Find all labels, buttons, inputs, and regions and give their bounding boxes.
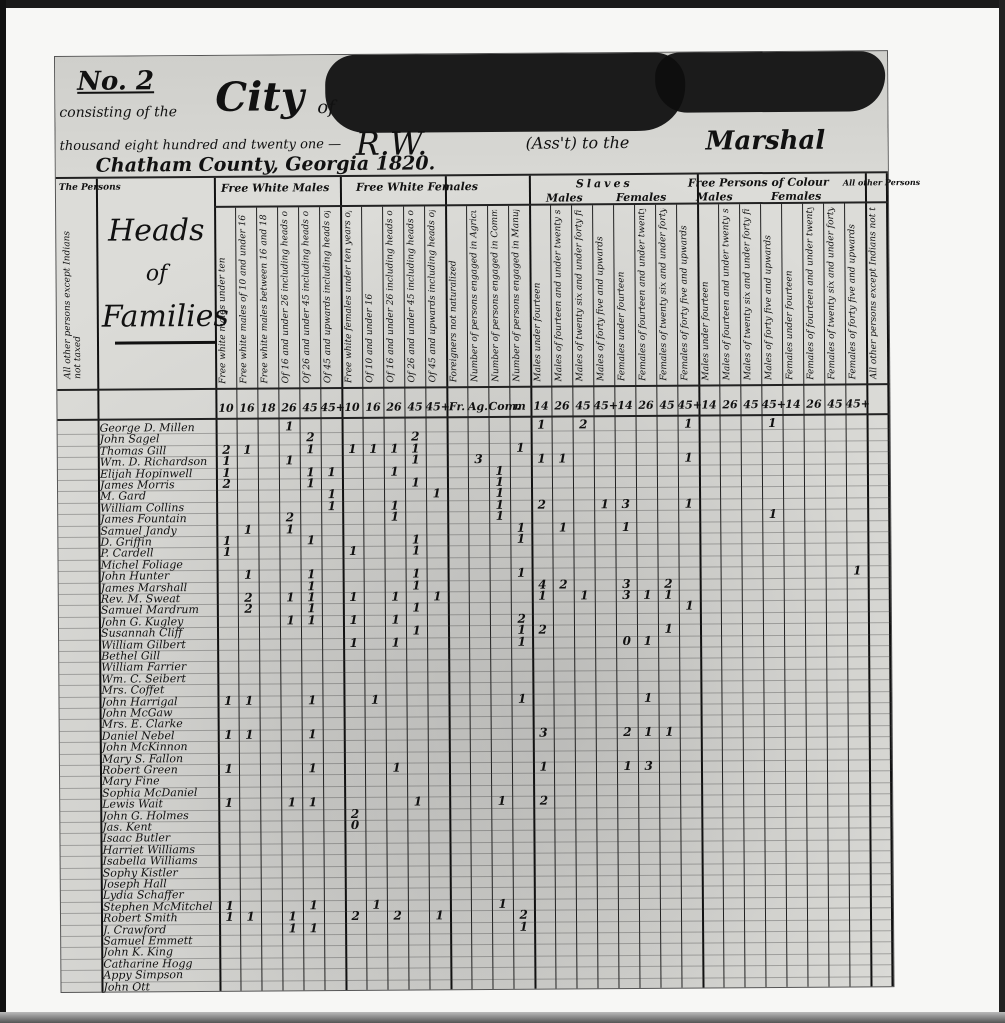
tally-mark: 2 [540, 794, 548, 808]
tally-mark: 1 [559, 520, 567, 534]
head-of-family-name: John Ott [103, 980, 150, 993]
assistant-text: (Ass't) to the [526, 133, 630, 153]
tally-mark: 1 [517, 566, 525, 580]
tally-mark: 1 [309, 898, 317, 912]
tally-mark: 1 [684, 417, 692, 431]
tally-mark: 1 [518, 691, 526, 705]
families-word: Families [102, 294, 212, 341]
row-rule [60, 828, 892, 835]
tally-mark: 1 [306, 442, 314, 456]
row-rule [59, 622, 891, 629]
group-free-white-females: Free White Females [356, 180, 478, 194]
age-label: 45+ [761, 398, 782, 411]
row-rule [61, 919, 893, 926]
row-rule [61, 976, 893, 983]
marshal-text: Marshal [706, 126, 826, 157]
age-label: m [509, 400, 530, 413]
age-label: 26 [383, 401, 404, 414]
row-rule [60, 771, 892, 778]
tally-mark: 2 [393, 909, 401, 923]
tally-mark: 2 [222, 477, 230, 491]
column-description: Males under fourteen [700, 208, 718, 380]
group-free-white-males: Free White Males [221, 181, 329, 195]
tally-mark: 1 [685, 599, 693, 613]
tally-mark: 1 [601, 497, 609, 511]
tally-mark: 1 [622, 520, 630, 534]
age-label: 26 [551, 399, 572, 412]
tally-mark: 1 [412, 624, 420, 638]
age-label: 14 [614, 399, 635, 412]
column-description: Of 10 and under 16 [364, 211, 382, 383]
tally-mark: 1 [224, 762, 232, 776]
age-label: 14 [530, 400, 551, 413]
row-rule [60, 725, 892, 732]
age-label: 45 [740, 398, 761, 411]
tally-mark: 1 [643, 588, 651, 602]
tally-mark: 1 [433, 487, 441, 501]
tally-mark: 1 [349, 613, 357, 627]
city-label: City [215, 73, 304, 121]
column-description: Males under fourteen [532, 210, 550, 382]
tally-mark: 1 [245, 693, 253, 707]
tally-mark: 3 [474, 452, 482, 466]
tally-mark: 1 [327, 465, 335, 479]
age-label: 10 [341, 401, 362, 414]
column-description: Females of fourteen and under twenty six [805, 208, 823, 380]
tally-mark: 1 [664, 622, 672, 636]
tally-mark: 1 [371, 692, 379, 706]
tally-mark: 1 [414, 795, 422, 809]
tally-mark: 1 [411, 453, 419, 467]
scan-border-left [0, 0, 6, 1023]
tally-mark: 1 [537, 452, 545, 466]
tally-mark: 1 [517, 532, 525, 546]
tally-mark: 1 [328, 499, 336, 513]
tally-mark: 1 [308, 727, 316, 741]
age-row-rule [58, 413, 890, 421]
heads-of-families-title: Heads of Families [101, 208, 212, 341]
tally-mark: 1 [246, 910, 254, 924]
decorative-rule [115, 341, 215, 345]
tally-mark: 1 [518, 634, 526, 648]
tally-mark: 2 [623, 725, 631, 739]
tally-mark: 1 [307, 613, 315, 627]
tally-mark: 1 [369, 442, 377, 456]
margin-header: The Persons [59, 183, 121, 193]
column-description: Of 45 and upwards including heads of fam… [322, 211, 340, 383]
column-description: Males of twenty six and under forty five [742, 208, 760, 380]
tally-mark: 1 [685, 496, 693, 510]
column-description: Males of forty five and upwards [595, 209, 613, 381]
tally-mark: 2 [579, 417, 587, 431]
tally-mark: 1 [286, 613, 294, 627]
tally-mark: 1 [309, 795, 317, 809]
tally-mark: 1 [288, 796, 296, 810]
row-rule [60, 702, 892, 709]
age-label: 45 [572, 399, 593, 412]
tally-mark: 1 [496, 509, 504, 523]
tally-mark: 1 [392, 761, 400, 775]
heads-word: Heads [101, 208, 211, 255]
tally-mark: 1 [223, 545, 231, 559]
column-description: All other persons except Indians not tax… [868, 207, 886, 379]
row-rule [58, 440, 890, 447]
tally-mark: 1 [306, 476, 314, 490]
tally-mark: 1 [390, 441, 398, 455]
tally-mark: 1 [350, 635, 358, 649]
tally-mark: 1 [644, 690, 652, 704]
age-label: 14 [782, 398, 803, 411]
column-description: Males of twenty six and under forty five [574, 209, 592, 381]
age-label: 26 [803, 398, 824, 411]
consisting-text: consisting of the [59, 104, 177, 121]
age-label: 14 [698, 398, 719, 411]
tally-mark: 3 [539, 725, 547, 739]
tally-mark: 2 [559, 577, 567, 591]
tally-mark: 1 [412, 601, 420, 615]
tally-mark: 2 [538, 497, 546, 511]
row-rule [58, 543, 890, 550]
tally-mark: 3 [622, 588, 630, 602]
tally-mark: 1 [664, 588, 672, 602]
tally-mark: 1 [391, 612, 399, 626]
column-divider [886, 173, 894, 986]
of-label: of [317, 97, 335, 118]
tally-mark: 2 [351, 909, 359, 923]
tally-mark: 1 [285, 419, 293, 433]
tally-mark: 1 [285, 454, 293, 468]
tally-mark: 1 [558, 452, 566, 466]
tally-mark: 1 [539, 760, 547, 774]
column-description: Of 45 and upwards including heads of fam… [427, 210, 445, 382]
column-description: Free white males of 10 and under 16 [238, 212, 256, 384]
column-description: Females of forty five and upwards [847, 207, 865, 379]
row-rule [59, 691, 891, 698]
tally-mark: 1 [225, 910, 233, 924]
age-label: Com. [488, 400, 509, 413]
tally-mark: 1 [520, 919, 528, 933]
column-description: Of 16 and under 26 including heads of fa… [385, 211, 403, 383]
column-description: Foreigners not naturalized [448, 210, 466, 382]
column-description: Of 16 and under 26 including heads of fa… [280, 211, 298, 383]
title-band: No. 2 consisting of the City of thousand… [55, 51, 888, 179]
census-page: No. 2 consisting of the City of thousand… [55, 51, 894, 992]
tally-mark: 1 [349, 590, 357, 604]
column-description: Females of twenty six and under forty fi… [658, 209, 676, 381]
of-word: of [101, 254, 211, 295]
tally-mark: 1 [310, 921, 318, 935]
tally-mark: 1 [286, 522, 294, 536]
tally-mark: 1 [245, 727, 253, 741]
tally-mark: 0 [623, 634, 631, 648]
age-label: Fr. [446, 400, 467, 413]
column-description: Females under fourteen [616, 209, 634, 381]
age-label: 45+ [677, 399, 698, 412]
age-label: 26 [278, 401, 299, 414]
tally-mark: 1 [433, 589, 441, 603]
tally-mark: 1 [516, 441, 524, 455]
age-label: 45 [824, 397, 845, 410]
age-label: 45 [299, 401, 320, 414]
sheet-number: No. 2 [77, 66, 154, 97]
tally-mark: 1 [644, 633, 652, 647]
group-slaves: Slaves [576, 177, 633, 190]
tally-mark: 1 [390, 464, 398, 478]
column-description: Free white males between 16 and 18 [259, 211, 277, 383]
age-label: 18 [257, 401, 278, 414]
tally-mark: 1 [684, 451, 692, 465]
column-description: Females of fourteen and under twenty six [637, 209, 655, 381]
tally-mark: 1 [623, 759, 631, 773]
tally-mark: 1 [412, 578, 420, 592]
tally-mark: 1 [537, 418, 545, 432]
column-description: Males of forty five and upwards [763, 208, 781, 380]
row-rule [60, 759, 892, 766]
age-label: 45+ [320, 401, 341, 414]
tally-mark: 1 [225, 796, 233, 810]
column-description: Of 26 and under 45 including heads of fa… [301, 211, 319, 383]
row-rule [59, 554, 891, 561]
tally-mark: 1 [224, 728, 232, 742]
age-label: 10 [215, 402, 236, 415]
column-description: Males of fourteen and under twenty six [721, 208, 739, 380]
tally-mark: 1 [538, 589, 546, 603]
group-other-persons: All other Persons [843, 177, 920, 188]
tally-mark: 1 [853, 564, 861, 578]
age-label: 45 [656, 399, 677, 412]
column-description: Females under fourteen [784, 208, 802, 380]
tally-mark: 1 [308, 693, 316, 707]
age-label: 16 [362, 401, 383, 414]
tally-mark: 1 [307, 533, 315, 547]
header-rule [57, 383, 889, 391]
tally-mark: 1 [289, 921, 297, 935]
column-description: Free white females under ten years of ag… [343, 211, 361, 383]
age-label: 45+ [593, 399, 614, 412]
tally-mark: 1 [435, 908, 443, 922]
county-line: Chatham County, Georgia 1820. [96, 152, 436, 176]
column-description: Females of forty five and upwards [679, 209, 697, 381]
column-description: Males of fourteen and under twenty six [553, 209, 571, 381]
tally-mark: 1 [498, 794, 506, 808]
column-description: Number of persons engaged in Commerce [490, 210, 508, 382]
scan-border-bottom [0, 1012, 1005, 1023]
year-text: thousand eight hundred and twenty one — [60, 137, 342, 154]
tally-mark: 1 [391, 510, 399, 524]
tally-mark: 1 [498, 897, 506, 911]
tally-mark: 1 [665, 724, 673, 738]
tally-mark: 1 [580, 588, 588, 602]
tally-mark: 1 [348, 442, 356, 456]
age-label: Ag. [467, 400, 488, 413]
tally-mark: 1 [244, 522, 252, 536]
tally-mark: 1 [392, 635, 400, 649]
row-rule [60, 714, 892, 721]
ink-blot [325, 53, 686, 134]
tally-mark: 1 [769, 507, 777, 521]
scan-border-right [999, 0, 1005, 1023]
column-description: Number of persons engaged in Agriculture [469, 210, 487, 382]
tally-mark: 3 [622, 497, 630, 511]
census-table: The Persons All other persons except Ind… [56, 173, 894, 992]
age-label: 26 [719, 398, 740, 411]
row-rule [58, 531, 890, 538]
age-label: 16 [236, 402, 257, 415]
group-free-colored: Free Persons of Colour [688, 176, 829, 190]
tally-mark: 1 [768, 416, 776, 430]
margin-vertical-text: All other persons except Indians not tax… [62, 219, 83, 379]
age-label: 26 [635, 399, 656, 412]
tally-mark: 3 [644, 759, 652, 773]
age-label: 45 [404, 400, 425, 413]
tally-mark: 1 [412, 544, 420, 558]
tally-mark: 1 [372, 898, 380, 912]
tally-mark: 2 [244, 602, 252, 616]
tally-mark: 1 [644, 725, 652, 739]
age-label: 45+ [845, 397, 866, 410]
tally-mark: 1 [244, 568, 252, 582]
scan-border-top [0, 0, 1005, 8]
tally-mark: 1 [308, 761, 316, 775]
tally-mark: 1 [411, 475, 419, 489]
column-description: Free white males under ten [217, 212, 235, 384]
tally-mark: 0 [351, 818, 359, 832]
row-rule [61, 885, 893, 892]
column-description: Number of persons engaged in Manufacture… [511, 210, 529, 382]
column-description: Females of twenty six and under forty fi… [826, 208, 844, 380]
tally-mark: 1 [286, 590, 294, 604]
tally-mark: 1 [391, 590, 399, 604]
row-rule [61, 873, 893, 880]
tally-mark: 1 [224, 693, 232, 707]
row-rule [58, 486, 890, 493]
ink-blot [655, 51, 885, 113]
tally-mark: 2 [538, 623, 546, 637]
row-rule [59, 565, 891, 572]
tally-mark: 1 [349, 544, 357, 558]
tally-mark: 1 [243, 442, 251, 456]
column-description: Of 26 and under 45 including heads of fa… [406, 210, 424, 382]
age-label: 45+ [425, 400, 446, 413]
